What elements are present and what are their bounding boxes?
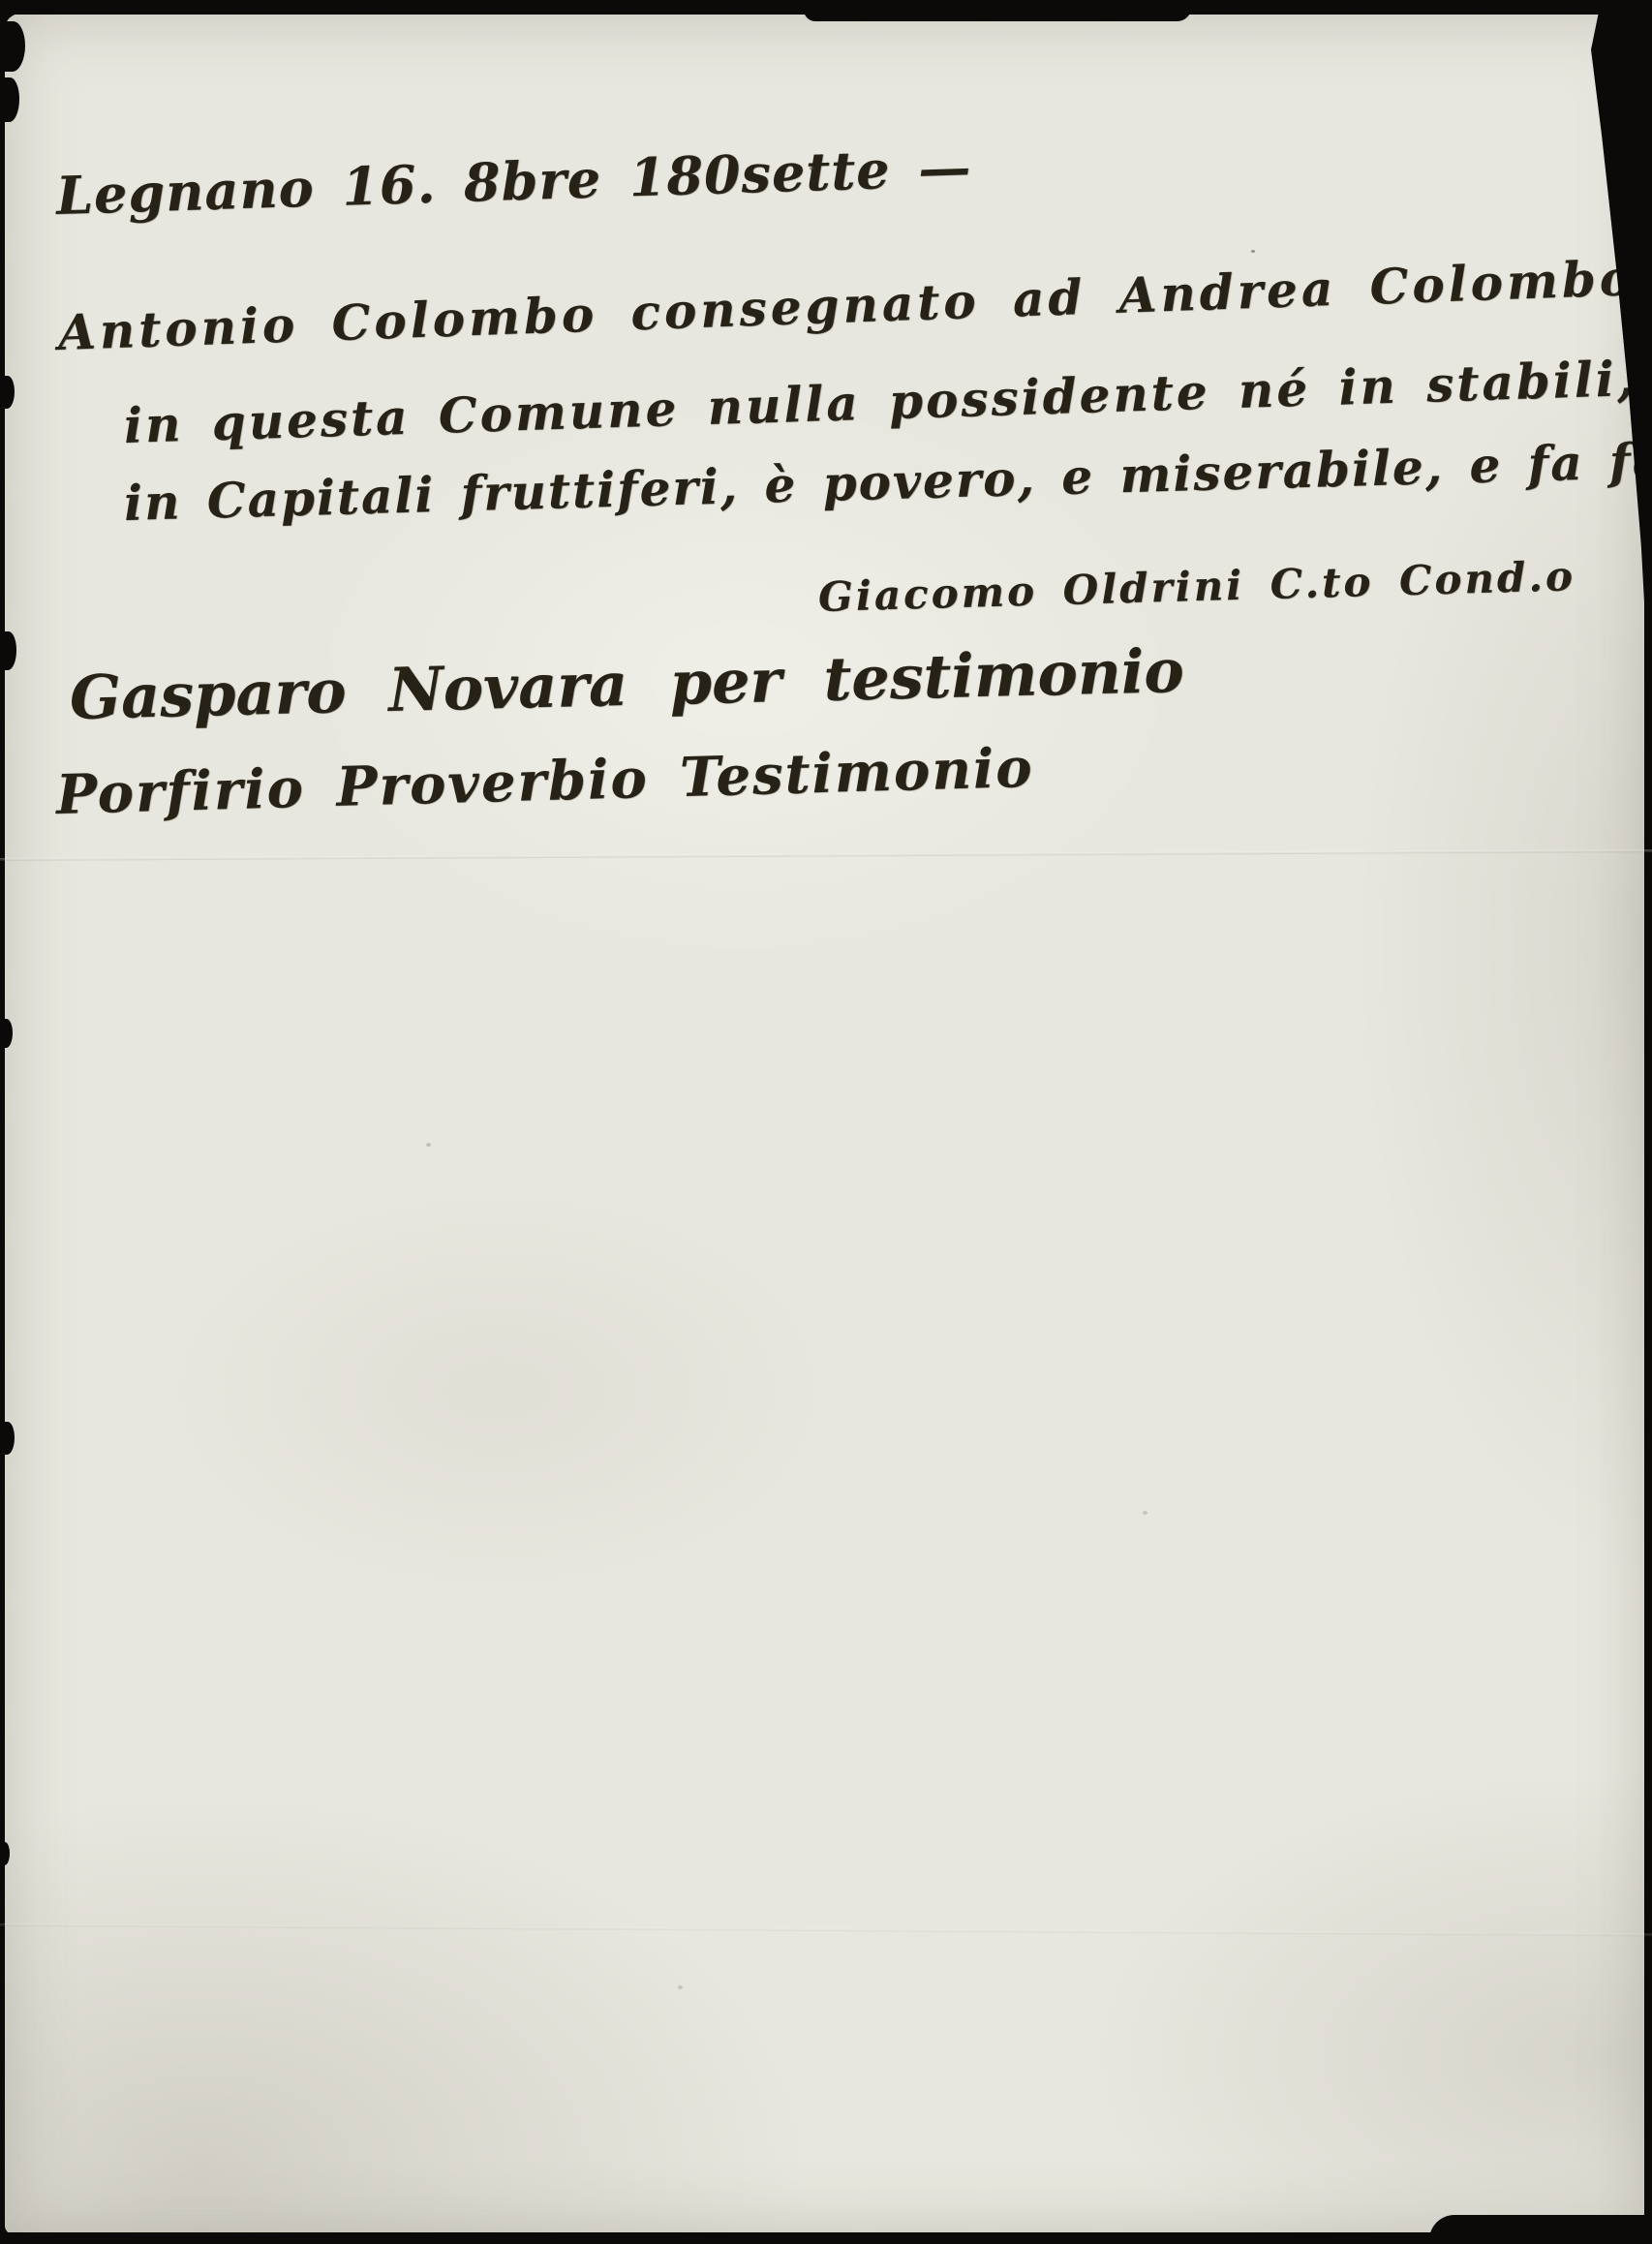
torn-edge-bottom	[0, 2232, 1652, 2244]
photograph-backdrop: Legnano 16. 8bre 180sette — Antonio Colo…	[0, 0, 1652, 2244]
ink-speck	[678, 1985, 683, 1989]
torn-edge-top-bump	[804, 0, 1191, 21]
ink-speck	[426, 1143, 431, 1147]
torn-corner-bottom-right	[1429, 2215, 1652, 2244]
ink-speck	[1143, 1511, 1147, 1515]
torn-edge-left	[0, 0, 4, 2244]
ink-speck	[810, 167, 814, 170]
ink-speck	[1251, 250, 1255, 253]
